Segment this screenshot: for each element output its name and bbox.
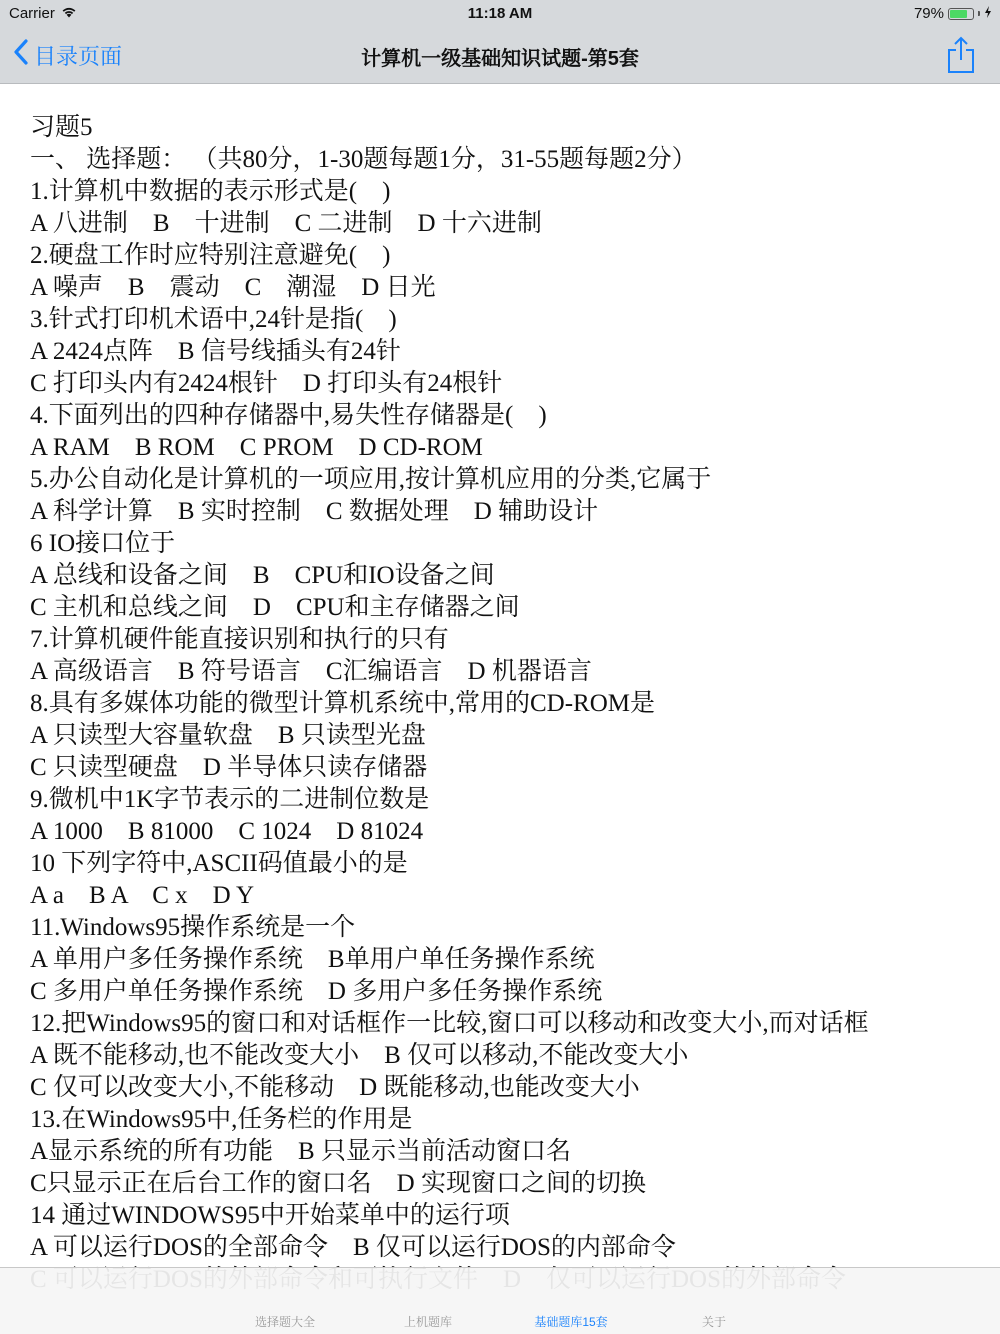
text-line: 8.具有多媒体功能的微型计算机系统中,常用的CD-ROM是 xyxy=(30,688,990,720)
text-line: 13.在Windows95中,任务栏的作用是 xyxy=(30,1104,990,1136)
page-title: 计算机一级基础知识试题-第5套 xyxy=(0,42,1000,71)
text-line: A 科学计算 B 实时控制 C 数据处理 D 辅助设计 xyxy=(30,496,990,528)
text-line: C 打印头内有2424根针 D 打印头有24根针 xyxy=(30,368,990,400)
battery-tip xyxy=(978,11,980,16)
text-line: 一、 选择题： （共80分，1-30题每题1分，31-55题每题2分） xyxy=(30,144,990,176)
text-line: 14 通过WINDOWS95中开始菜单中的运行项 xyxy=(30,1200,990,1232)
text-line: C只显示正在后台工作的窗口名 D 实现窗口之间的切换 xyxy=(30,1168,990,1200)
text-line: 9.微机中1K字节表示的二进制位数是 xyxy=(30,784,990,816)
text-line: A 既不能移动,也不能改变大小 B 仅可以移动,不能改变大小 xyxy=(30,1040,990,1072)
text-line: A 2424点阵 B 信号线插头有24针 xyxy=(30,336,990,368)
text-line: C 主机和总线之间 D CPU和主存储器之间 xyxy=(30,592,990,624)
charging-bolt-icon xyxy=(984,5,992,22)
battery-icon xyxy=(948,8,974,20)
question-text-content: 习题5一、 选择题： （共80分，1-30题每题1分，31-55题每题2分）1.… xyxy=(30,112,990,1296)
text-line: 7.计算机硬件能直接识别和执行的只有 xyxy=(30,624,990,656)
text-line: A 噪声 B 震动 C 潮湿 D 日光 xyxy=(30,272,990,304)
text-line: A 单用户多任务操作系统 B单用户单任务操作系统 xyxy=(30,944,990,976)
text-line: A 总线和设备之间 B CPU和IO设备之间 xyxy=(30,560,990,592)
text-line: A 1000 B 81000 C 1024 D 81024 xyxy=(30,816,990,848)
text-line: 习题5 xyxy=(30,112,990,144)
tab-bar: 选择题大全 上机题库 基础题库15套 关于 xyxy=(0,1267,1000,1334)
text-line: C 多用户单任务操作系统 D 多用户多任务操作系统 xyxy=(30,976,990,1008)
text-line: C 仅可以改变大小,不能移动 D 既能移动,也能改变大小 xyxy=(30,1072,990,1104)
text-line: 2.硬盘工作时应特别注意避免( ) xyxy=(30,240,990,272)
battery-percent: 79% xyxy=(914,5,944,22)
text-line: 10 下列字符中,ASCII码值最小的是 xyxy=(30,848,990,880)
text-line: 6 IO接口位于 xyxy=(30,528,990,560)
status-bar: Carrier 11:18 AM 79% xyxy=(0,0,1000,28)
tab-choice-questions[interactable]: 选择题大全 xyxy=(255,1313,315,1330)
text-line: 1.计算机中数据的表示形式是( ) xyxy=(30,176,990,208)
text-line: 5.办公自动化是计算机的一项应用,按计算机应用的分类,它属于 xyxy=(30,464,990,496)
tab-computer-questions[interactable]: 上机题库 xyxy=(404,1313,452,1330)
text-line: C 只读型硬盘 D 半导体只读存储器 xyxy=(30,752,990,784)
tab-about[interactable]: 关于 xyxy=(702,1313,726,1330)
text-line: A a B A C x D Y xyxy=(30,880,990,912)
share-button[interactable] xyxy=(946,36,976,74)
text-line: 3.针式打印机术语中,24针是指( ) xyxy=(30,304,990,336)
text-line: A显示系统的所有功能 B 只显示当前活动窗口名 xyxy=(30,1136,990,1168)
text-line: A RAM B ROM C PROM D CD-ROM xyxy=(30,432,990,464)
text-line: 11.Windows95操作系统是一个 xyxy=(30,912,990,944)
share-icon xyxy=(946,61,976,78)
text-line: A 可以运行DOS的全部命令 B 仅可以运行DOS的内部命令 xyxy=(30,1232,990,1264)
top-bar: Carrier 11:18 AM 79% xyxy=(0,0,1000,84)
status-time: 11:18 AM xyxy=(0,5,1000,22)
text-line: 12.把Windows95的窗口和对话框作一比较,窗口可以移动和改变大小,而对话… xyxy=(30,1008,990,1040)
text-line: A 只读型大容量软盘 B 只读型光盘 xyxy=(30,720,990,752)
text-line: A 高级语言 B 符号语言 C汇编语言 D 机器语言 xyxy=(30,656,990,688)
tab-basic-questions-15-sets[interactable]: 基础题库15套 xyxy=(534,1313,607,1330)
text-line: A 八进制 B 十进制 C 二进制 D 十六进制 xyxy=(30,208,990,240)
battery-indicator: 79% xyxy=(914,5,992,22)
text-line: 4.下面列出的四种存储器中,易失性存储器是( ) xyxy=(30,400,990,432)
navigation-bar: 目录页面 计算机一级基础知识试题-第5套 xyxy=(0,28,1000,84)
